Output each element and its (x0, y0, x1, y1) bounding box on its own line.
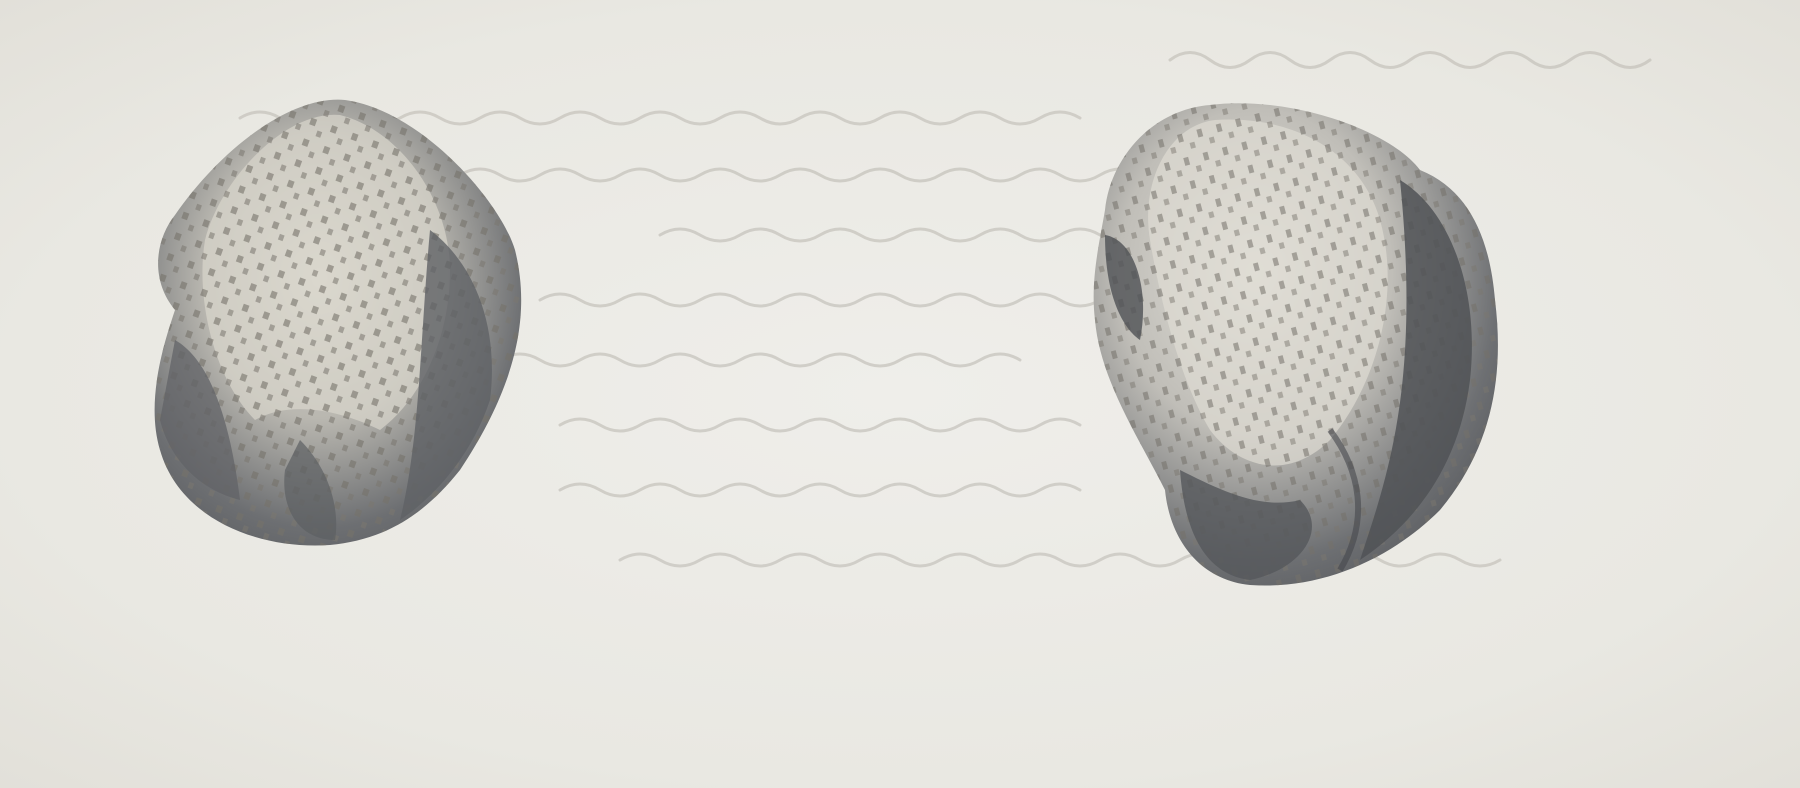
right-stone (0, 0, 1800, 788)
